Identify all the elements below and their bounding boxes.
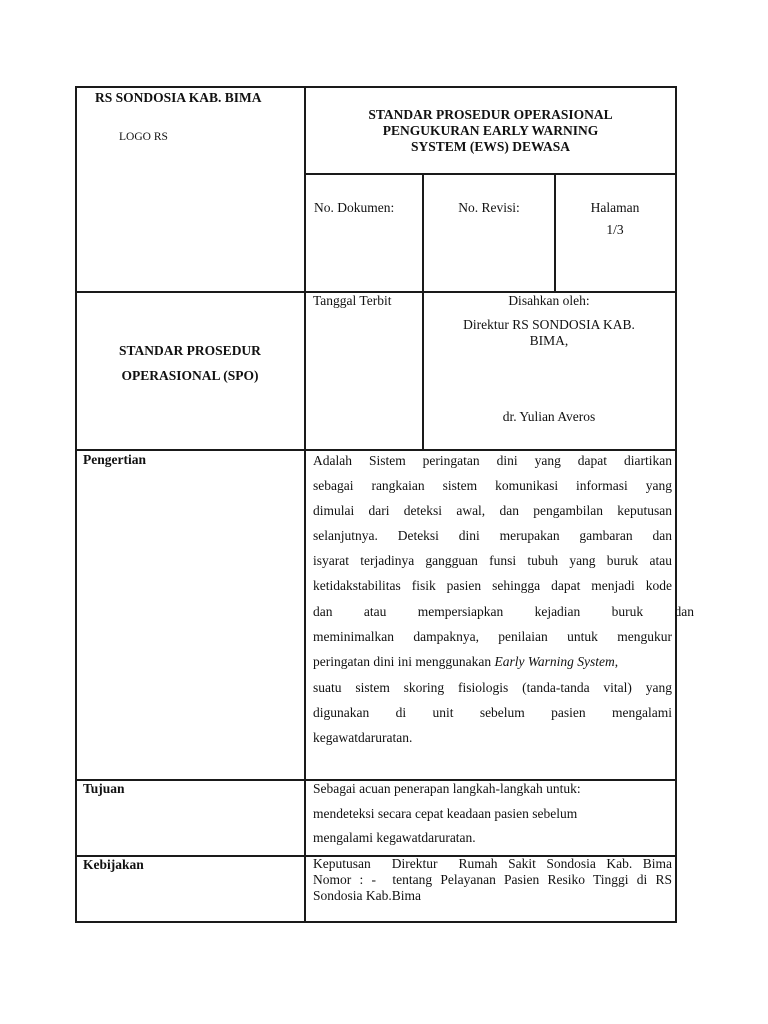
- document-title-line-1: STANDAR PROSEDUR OPERASIONAL: [305, 106, 676, 123]
- tujuan-label: Tujuan: [83, 780, 125, 797]
- table-border-left: [75, 86, 77, 922]
- pengertian-line: ketidakstabilitas fisik pasien sehingga …: [313, 577, 672, 594]
- kebijakan-line: Nomor : - tentang Pelayanan Pasien Resik…: [313, 872, 672, 888]
- pengertian-line: dimulai dari deteksi awal, dan pengambil…: [313, 502, 672, 519]
- table-border-top: [75, 86, 677, 88]
- spo-label-line-1: STANDAR PROSEDUR: [76, 342, 304, 359]
- early-warning-system-term: Early Warning System: [494, 654, 614, 669]
- doc-number-label: No. Dokumen:: [314, 199, 394, 216]
- pengertian-line: dan atau mempersiapkan kejadian buruk da…: [313, 603, 672, 620]
- table-border-right: [675, 86, 677, 922]
- pengertian-line-italic: peringatan dini ini menggunakan Early Wa…: [313, 653, 672, 670]
- kebijakan-line: Sondosia Kab.Bima: [313, 888, 672, 904]
- pengertian-line: digunakan di unit sebelum pasien mengala…: [313, 704, 672, 721]
- table-border-bottom: [75, 921, 677, 923]
- spo-label-line-2: OPERASIONAL (SPO): [76, 367, 304, 384]
- page-label: Halaman: [555, 199, 675, 216]
- pengertian-line-prefix: peringatan dini ini menggunakan: [313, 654, 491, 669]
- approver-title-line-2: BIMA,: [423, 332, 675, 349]
- approver-title-line-1: Direktur RS SONDOSIA KAB.: [423, 316, 675, 333]
- issue-date-label: Tanggal Terbit: [313, 292, 391, 309]
- tujuan-line: mengalami kegawatdaruratan.: [313, 829, 672, 846]
- pengertian-line: kegawatdaruratan.: [313, 729, 672, 746]
- pengertian-line: Adalah Sistem peringatan dini yang dapat…: [313, 452, 672, 469]
- pengertian-line: suatu sistem skoring fisiologis (tanda-t…: [313, 679, 672, 696]
- tujuan-line: mendeteksi secara cepat keadaan pasien s…: [313, 805, 672, 822]
- approved-by-label: Disahkan oleh:: [423, 292, 675, 309]
- column-divider: [304, 86, 306, 922]
- document-page: RS SONDOSIA KAB. BIMA LOGO RS STANDAR PR…: [0, 0, 768, 1024]
- pengertian-line: sebagai rangkaian sistem komunikasi info…: [313, 477, 672, 494]
- approval-row-divider: [75, 449, 677, 451]
- document-title-line-3: SYSTEM (EWS) DEWASA: [305, 138, 676, 155]
- pengertian-line: selanjutnya. Deteksi dini merupakan gamb…: [313, 527, 672, 544]
- document-title-line-2: PENGUKURAN EARLY WARNING: [305, 122, 676, 139]
- kebijakan-label: Kebijakan: [83, 856, 144, 873]
- approver-name: dr. Yulian Averos: [423, 408, 675, 425]
- pengertian-line: isyarat terjadinya gangguan funsi tubuh …: [313, 552, 672, 569]
- tujuan-line: Sebagai acuan penerapan langkah-langkah …: [313, 780, 672, 797]
- title-row-divider: [304, 173, 676, 175]
- page-value: 1/3: [555, 221, 675, 238]
- pengertian-label: Pengertian: [83, 451, 146, 468]
- hospital-name: RS SONDOSIA KAB. BIMA: [95, 89, 262, 106]
- revision-label: No. Revisi:: [423, 199, 555, 216]
- comma: ,: [615, 654, 618, 669]
- logo-placeholder: LOGO RS: [119, 129, 168, 146]
- kebijakan-line: Keputusan Direktur Rumah Sakit Sondosia …: [313, 856, 672, 872]
- pengertian-line: meminimalkan dampaknya, penilaian untuk …: [313, 628, 672, 645]
